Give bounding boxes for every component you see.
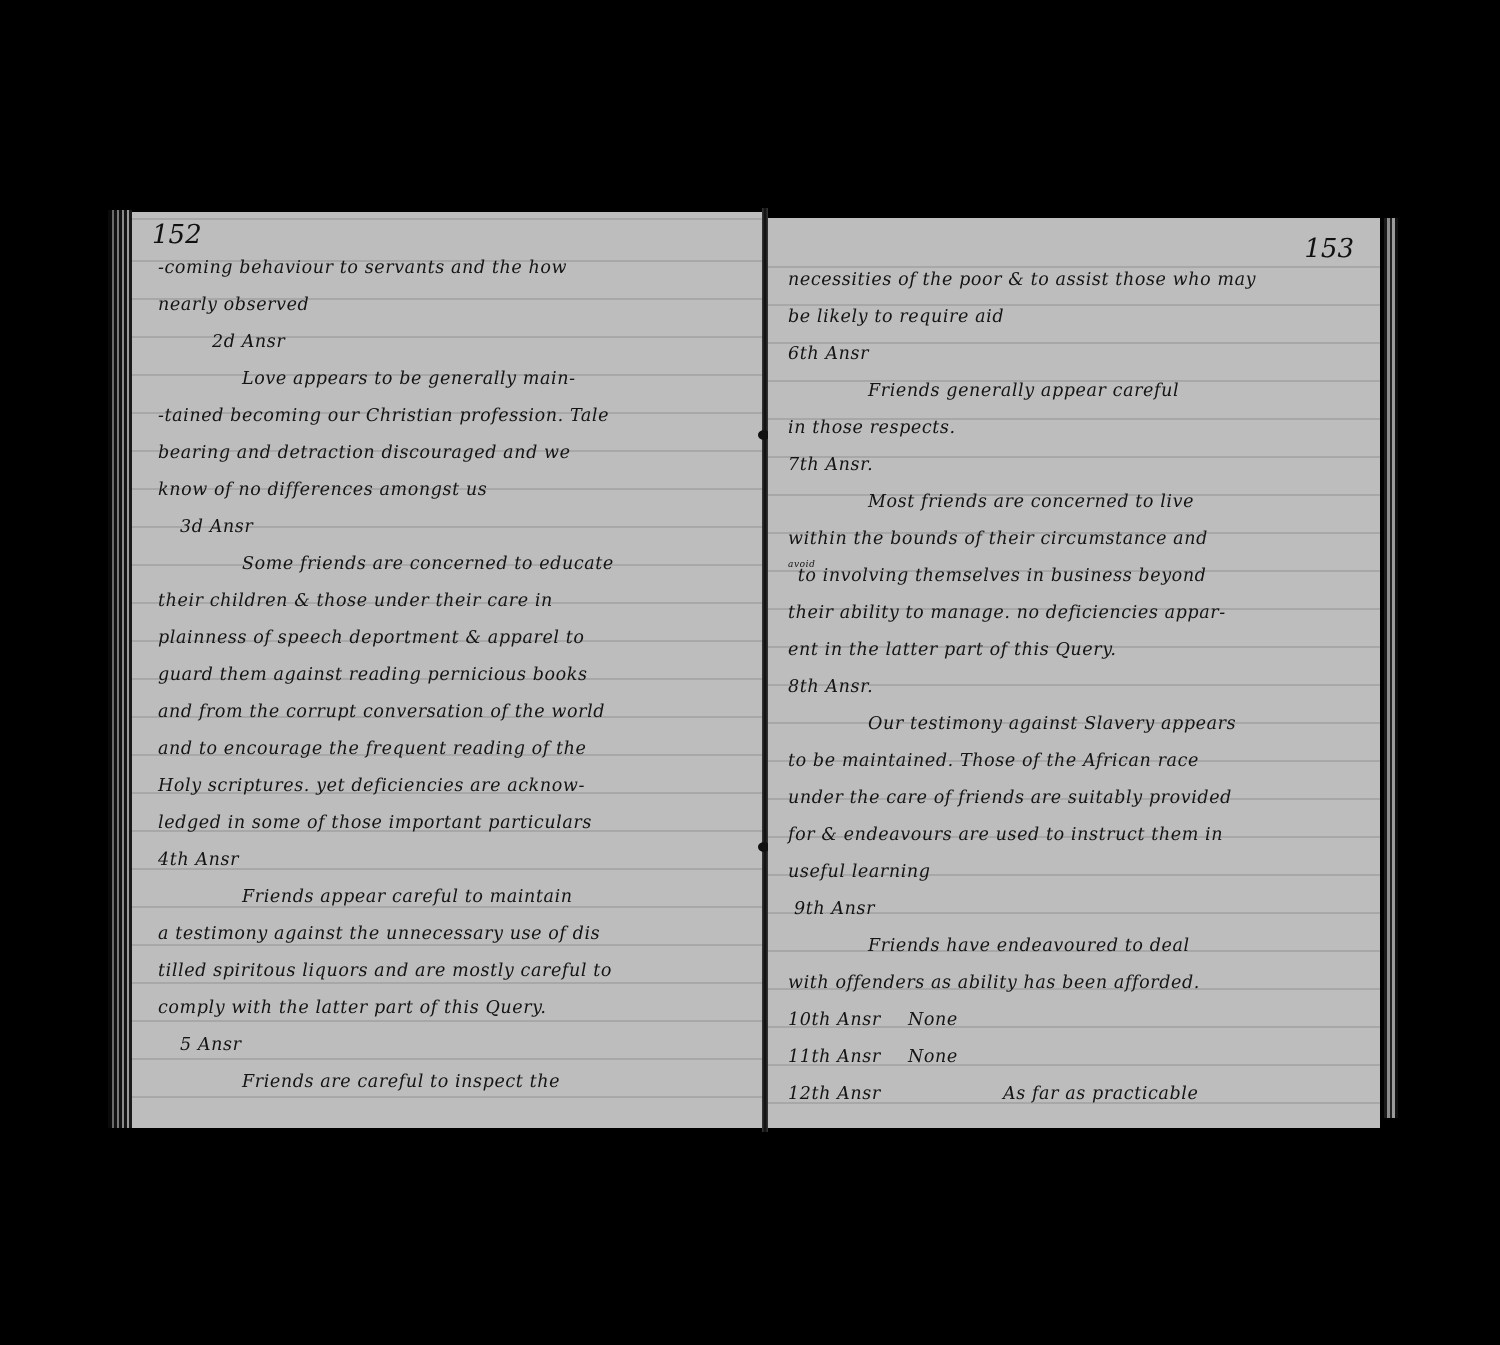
handwritten-line: their ability to manage. no deficiencies… (768, 595, 1368, 632)
handwritten-line: Friends have endeavoured to deal (768, 928, 1448, 965)
answer-value: None (908, 1039, 958, 1076)
handwritten-line: with offenders as ability has been affor… (768, 965, 1368, 1002)
handwritten-line: necessities of the poor & to assist thos… (768, 262, 1368, 299)
handwritten-line: Friends appear careful to maintain (132, 879, 842, 916)
answer-value: None (908, 1002, 958, 1039)
answer-heading: 4th Ansr (132, 842, 758, 879)
answer-row: 12th AnsrAs far as practicable (768, 1076, 1368, 1113)
handwritten-line: for & endeavours are used to instruct th… (768, 817, 1368, 854)
handwritten-line: plainness of speech deportment & apparel… (132, 620, 758, 657)
handwritten-line: a testimony against the unnecessary use … (132, 916, 758, 953)
left-page: 152 -coming behaviour to servants and th… (132, 212, 764, 1128)
answer-label: 11th Ansr (788, 1039, 908, 1076)
handwritten-line: useful learning (768, 854, 1368, 891)
handwritten-line: Most friends are concerned to live (768, 484, 1448, 521)
interlinear-insertion: avoid (788, 560, 816, 570)
page-number-right: 153 (1304, 234, 1354, 264)
handwritten-line: Friends are careful to inspect the (132, 1064, 842, 1101)
handwritten-line: in those respects. (768, 410, 1368, 447)
answer-heading: 8th Ansr. (768, 669, 1368, 706)
answer-heading: 3d Ansr (132, 509, 780, 546)
left-page-lines: -coming behaviour to servants and the ho… (132, 250, 764, 1101)
handwritten-line: bearing and detraction discouraged and w… (132, 435, 758, 472)
right-page: 153 necessities of the poor & to assist … (768, 218, 1380, 1128)
left-page-edges (108, 210, 132, 1128)
handwritten-line: be likely to require aid (768, 299, 1368, 336)
handwritten-line: Love appears to be generally main- (132, 361, 842, 398)
answer-heading: 5 Ansr (132, 1027, 780, 1064)
handwritten-line: Holy scriptures. yet deficiencies are ac… (132, 768, 758, 805)
handwritten-line: nearly observed (132, 287, 758, 324)
handwritten-line: tilled spiritous liquors and are mostly … (132, 953, 758, 990)
handwritten-line: comply with the latter part of this Quer… (132, 990, 758, 1027)
answer-label: 12th Ansr (788, 1076, 1003, 1113)
handwritten-line: Friends generally appear careful (768, 373, 1448, 410)
answer-heading: 7th Ansr. (768, 447, 1368, 484)
handwritten-line: within the bounds of their circumstance … (768, 521, 1368, 558)
handwritten-line: ledged in some of those important partic… (132, 805, 758, 842)
handwritten-line-text: to involving themselves in business beyo… (798, 566, 1207, 586)
ledger-book-spread: 152 -coming behaviour to servants and th… (108, 208, 1398, 1132)
handwritten-line: -tained becoming our Christian professio… (132, 398, 758, 435)
handwritten-line: to be maintained. Those of the African r… (768, 743, 1368, 780)
answer-label: 10th Ansr (788, 1002, 908, 1039)
handwritten-line: Some friends are concerned to educate (132, 546, 842, 583)
right-page-lines: necessities of the poor & to assist thos… (768, 262, 1380, 1113)
answer-heading: 2d Ansr (132, 324, 812, 361)
answer-value: As far as practicable (1003, 1076, 1198, 1113)
handwritten-line: and from the corrupt conversation of the… (132, 694, 758, 731)
right-page-edges (1384, 218, 1398, 1118)
handwritten-line: know of no differences amongst us (132, 472, 758, 509)
answer-heading: 9th Ansr (768, 891, 1374, 928)
answer-row: 11th AnsrNone (768, 1039, 1368, 1076)
answer-heading: 6th Ansr (768, 336, 1368, 373)
handwritten-line-with-insertion: avoid to involving themselves in busines… (768, 558, 1368, 595)
handwritten-line: under the care of friends are suitably p… (768, 780, 1368, 817)
handwritten-line: -coming behaviour to servants and the ho… (132, 250, 758, 287)
handwritten-line: Our testimony against Slavery appears (768, 706, 1448, 743)
answer-row: 10th AnsrNone (768, 1002, 1368, 1039)
page-number-left: 152 (152, 220, 202, 250)
handwritten-line: and to encourage the frequent reading of… (132, 731, 758, 768)
handwritten-line: ent in the latter part of this Query. (768, 632, 1368, 669)
handwritten-line: guard them against reading pernicious bo… (132, 657, 758, 694)
handwritten-line: their children & those under their care … (132, 583, 758, 620)
